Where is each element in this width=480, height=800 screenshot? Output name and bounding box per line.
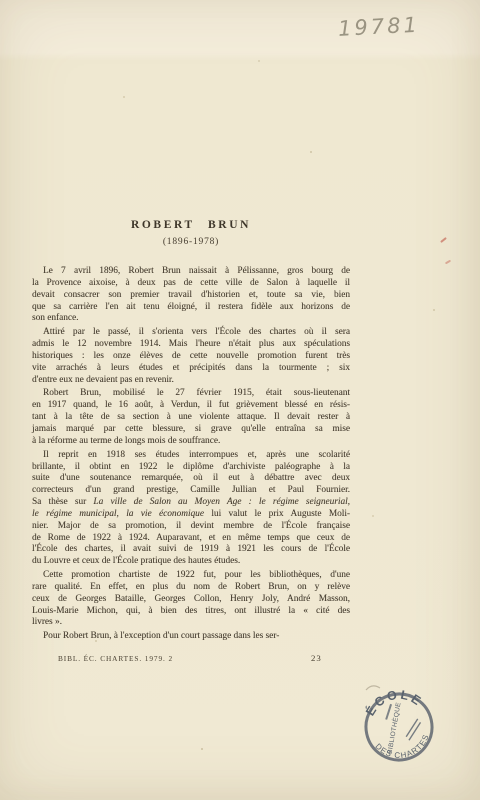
text-line: devait consacrer son premier travail d'h…	[32, 290, 350, 302]
paragraph: Pour Robert Brun, à l'exception d'un cou…	[32, 631, 350, 643]
text-line: Cette promotion chartiste de 1922 fut, p…	[32, 570, 350, 582]
paper-speck	[0, 0, 2, 2]
library-stamp: ÉCOLE DES CHARTES BIBLIOTHÈQUE	[356, 682, 442, 768]
body-text: Le 7 avril 1896, Robert Brun naissait à …	[32, 266, 350, 645]
stamp-text-middle: BIBLIOTHÈQUE	[385, 701, 403, 754]
text-line: livres ».	[32, 617, 350, 629]
text-line: suite d'une soutenance remarquée, où il …	[32, 473, 350, 485]
text-line: Sa thèse sur La ville de Salon au Moyen …	[32, 497, 350, 509]
text-line: le régime municipal, la vie économique l…	[32, 509, 350, 521]
text-line: historiques : les onze élèves de cette n…	[32, 351, 350, 363]
text-line: jamais marqué par cette blessure, si gra…	[32, 424, 350, 436]
text-line: Robert Brun, mobilisé le 27 février 1915…	[32, 388, 350, 400]
text-line: que sa carrière l'en ait tenu éloigné, i…	[32, 302, 350, 314]
text-line: correcteurs d'un grand prestige, Camille…	[32, 485, 350, 497]
text-line: à la réforme au terme de longs mois de s…	[32, 436, 350, 448]
text-line: d'entre eux ne devaient pas en revenir.	[32, 375, 350, 387]
text-line: Le 7 avril 1896, Robert Brun naissait à …	[32, 266, 350, 278]
journal-reference: BIBL. ÉC. CHARTES. 1979. 2	[58, 654, 173, 663]
text-line: de Rome de 1922 à 1924. Auparavant, et e…	[32, 533, 350, 545]
text-line: son enfance.	[32, 313, 350, 325]
text-line: rare qualité. En effet, en plus du nom d…	[32, 582, 350, 594]
text-line: Pour Robert Brun, à l'exception d'un cou…	[32, 631, 350, 643]
scanned-page: 19781 ROBERT BRUN (1896-1978) Le 7 avril…	[0, 0, 480, 800]
text-line: Louis-Marie Michon, qui, à bien des titr…	[32, 606, 350, 618]
text-line: la Provence aixoise, à deux pas de cette…	[32, 278, 350, 290]
paragraph: Il reprit en 1918 ses études interrompue…	[32, 450, 350, 568]
pencil-squiggle	[366, 686, 380, 690]
title-block: ROBERT BRUN (1896-1978)	[32, 219, 350, 247]
footer: BIBL. ÉC. CHARTES. 1979. 2 23	[32, 654, 350, 666]
text-line: Il reprit en 1918 ses études interrompue…	[32, 450, 350, 462]
paragraph: Robert Brun, mobilisé le 27 février 1915…	[32, 388, 350, 447]
stamp-stroke	[403, 719, 421, 737]
page-title: ROBERT BRUN	[32, 219, 350, 231]
page-number: 23	[311, 653, 322, 663]
paragraph: Le 7 avril 1896, Robert Brun naissait à …	[32, 266, 350, 325]
paragraph: Attiré par le passé, il s'orienta vers l…	[32, 327, 350, 386]
text-line: admis le 12 novembre 1914. Mais l'heure …	[32, 339, 350, 351]
text-line: du Louvre et ceux de l'École pratique de…	[32, 556, 350, 568]
text-line: brillante, il obtint en 1922 le diplôme …	[32, 462, 350, 474]
text-line: tant à la tête de sa section à une viole…	[32, 412, 350, 424]
red-margin-mark	[440, 237, 447, 243]
paragraph: Cette promotion chartiste de 1922 fut, p…	[32, 570, 350, 629]
text-line: Attiré par le passé, il s'orienta vers l…	[32, 327, 350, 339]
text-line: vite arrachés à leurs études et précipit…	[32, 363, 350, 375]
text-line: nier. Major de sa promotion, il devint m…	[32, 521, 350, 533]
page-subtitle: (1896-1978)	[32, 237, 350, 247]
text-line: ceux de Georges Bataille, Georges Collon…	[32, 594, 350, 606]
red-margin-mark	[445, 260, 451, 265]
text-line: l'École des chartes, il avait suivi de 1…	[32, 544, 350, 556]
handwritten-accession-number: 19781	[337, 11, 448, 41]
text-line: en 1917 quand, le 16 août, à Verdun, il …	[32, 400, 350, 412]
